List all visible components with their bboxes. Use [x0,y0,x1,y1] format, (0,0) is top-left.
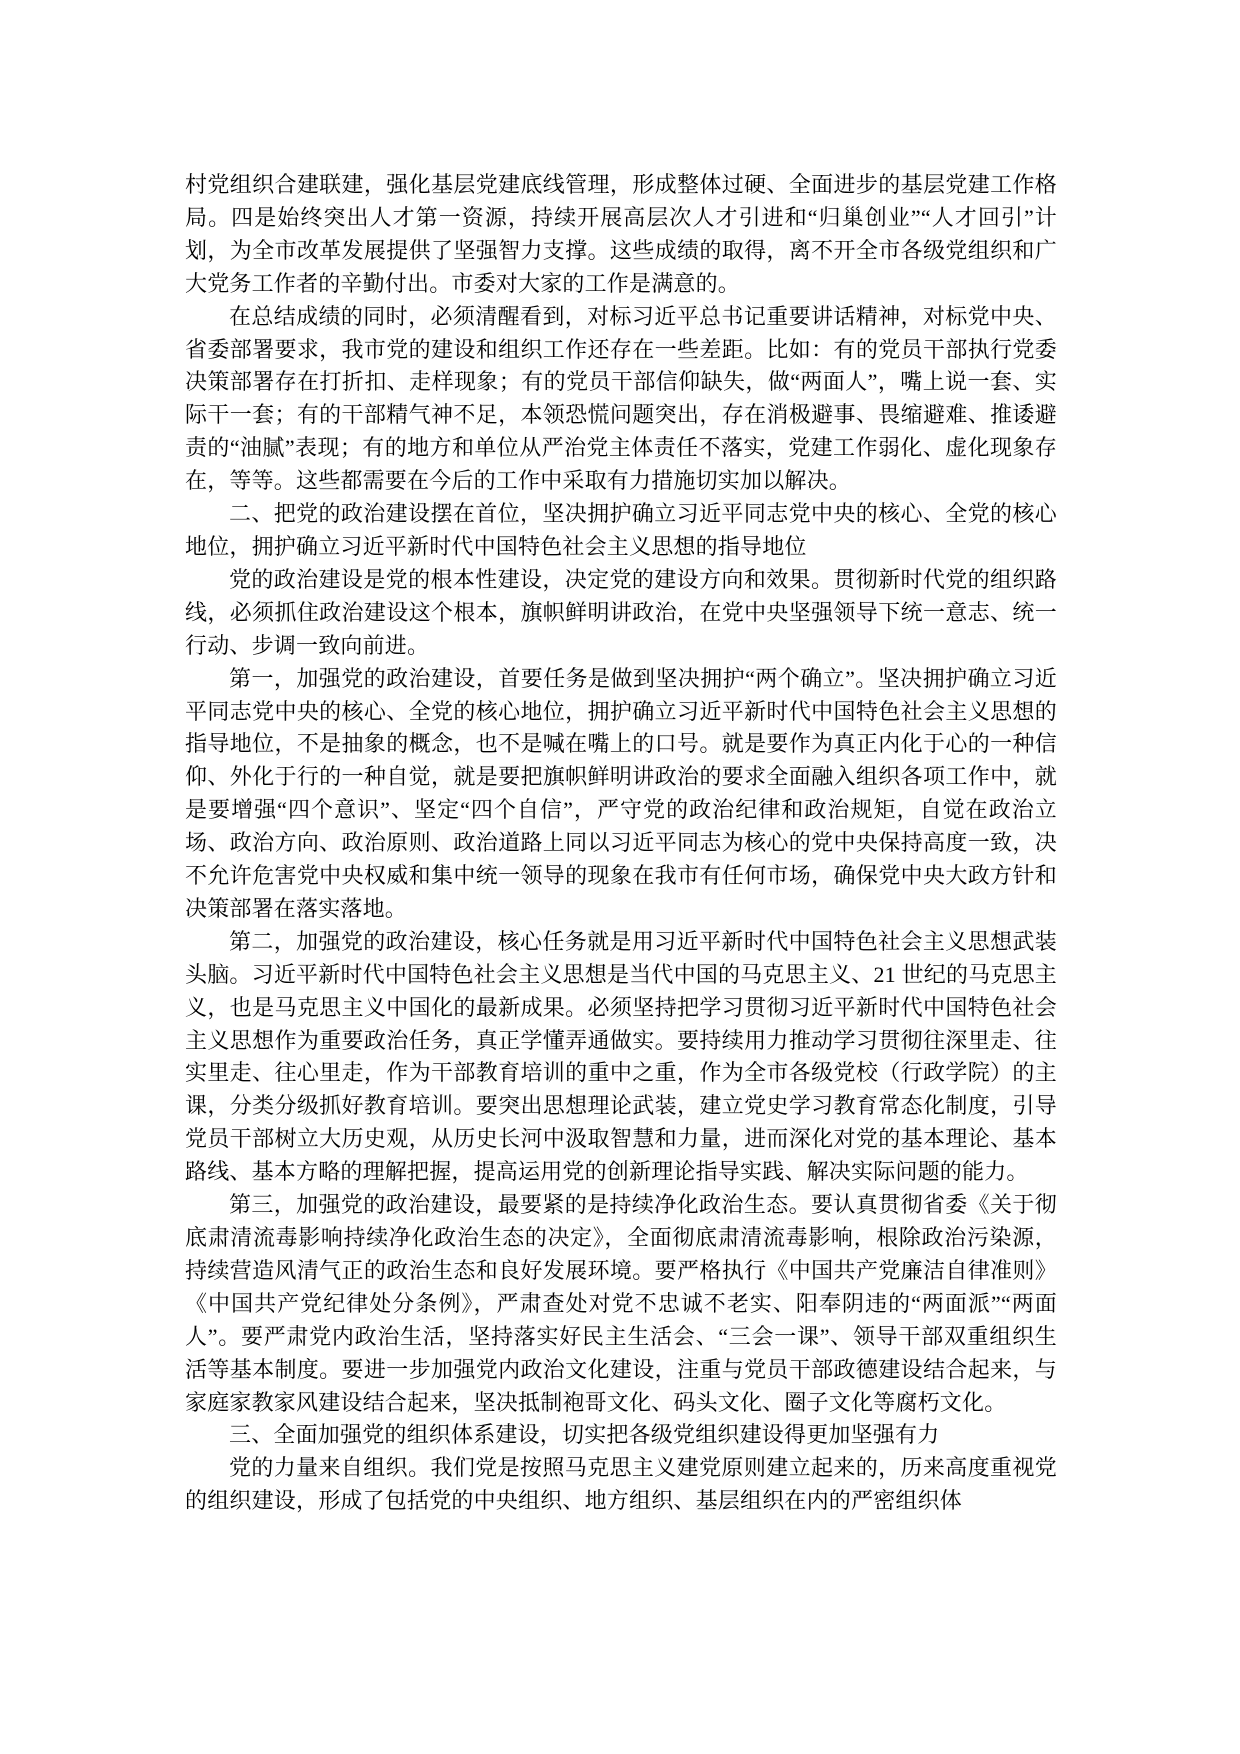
paragraph: 党的政治建设是党的根本性建设，决定党的建设方向和效果。贯彻新时代党的组织路线，必… [185,564,1057,663]
section-heading: 三、全面加强党的组织体系建设，切实把各级党组织建设得更加坚强有力 [185,1419,1057,1452]
section-heading: 二、把党的政治建设摆在首位，坚决拥护确立习近平同志党中央的核心、全党的核心地位，… [185,498,1057,564]
paragraph: 第一，加强党的政治建设，首要任务是做到坚决拥护“两个确立”。坚决拥护确立习近平同… [185,663,1057,926]
document-page: 村党组织合建联建，强化基层党建底线管理，形成整体过硬、全面进步的基层党建工作格局… [0,0,1240,1754]
paragraph: 第三，加强党的政治建设，最要紧的是持续净化政治生态。要认真贯彻省委《关于彻底肃清… [185,1189,1057,1419]
document-text-block: 村党组织合建联建，强化基层党建底线管理，形成整体过硬、全面进步的基层党建工作格局… [185,169,1057,1518]
paragraph: 党的力量来自组织。我们党是按照马克思主义建党原则建立起来的，历来高度重视党的组织… [185,1452,1057,1518]
paragraph: 村党组织合建联建，强化基层党建底线管理，形成整体过硬、全面进步的基层党建工作格局… [185,169,1057,301]
paragraph: 第二，加强党的政治建设，核心任务就是用习近平新时代中国特色社会主义思想武装头脑。… [185,926,1057,1189]
paragraph: 在总结成绩的同时，必须清醒看到，对标习近平总书记重要讲话精神，对标党中央、省委部… [185,301,1057,498]
